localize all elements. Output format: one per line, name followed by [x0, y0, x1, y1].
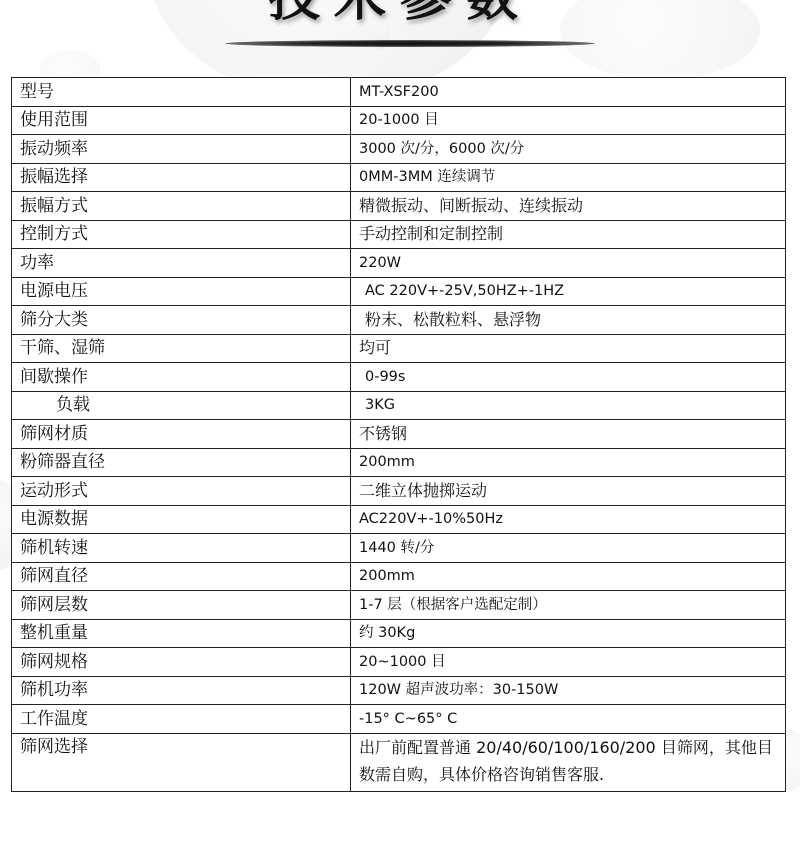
table-row: 振幅选择 0MM-3MM 连续调节: [12, 163, 786, 192]
table-row: 筛机转速 1440 转/分: [12, 534, 786, 563]
spec-value: 不锈钢: [351, 420, 786, 449]
spec-label: 工作温度: [12, 705, 351, 734]
spec-label: 负载: [12, 391, 351, 420]
spec-value: 200mm: [351, 562, 786, 591]
spec-label: 筛网规格: [12, 648, 351, 677]
table-row: 控制方式 手动控制和定制控制: [12, 220, 786, 249]
spec-table: 型号 MT-XSF200 使用范围 20-1000 目 振动频率 3000 次/…: [11, 77, 786, 792]
spec-value: 1440 转/分: [351, 534, 786, 563]
spec-value: 粉末、松散粒料、悬浮物: [351, 306, 786, 335]
spec-label: 振动频率: [12, 135, 351, 164]
table-row: 筛机功率 120W 超声波功率：30-150W: [12, 676, 786, 705]
spec-label: 粉筛器直径: [12, 448, 351, 477]
spec-value: 二维立体抛掷运动: [351, 477, 786, 506]
spec-label: 筛分大类: [12, 306, 351, 335]
spec-label: 使用范围: [12, 106, 351, 135]
spec-label: 筛网选择: [12, 733, 351, 791]
spec-label: 干筛、湿筛: [12, 334, 351, 363]
table-row: 间歇操作 0-99s: [12, 363, 786, 392]
spec-label: 功率: [12, 249, 351, 278]
spec-value: 0-99s: [351, 363, 786, 392]
table-row: 筛网规格 20~1000 目: [12, 648, 786, 677]
spec-value: 0MM-3MM 连续调节: [351, 163, 786, 192]
table-row: 筛分大类 粉末、松散粒料、悬浮物: [12, 306, 786, 335]
spec-value: MT-XSF200: [351, 78, 786, 107]
spec-value: -15° C~65° C: [351, 705, 786, 734]
table-row: 筛网材质 不锈钢: [12, 420, 786, 449]
spec-value: 约 30Kg: [351, 619, 786, 648]
spec-value: 出厂前配置普通 20/40/60/100/160/200 目筛网，其他目数需自购…: [351, 733, 786, 791]
spec-value: 3000 次/分，6000 次/分: [351, 135, 786, 164]
spec-label: 筛网层数: [12, 591, 351, 620]
table-row: 使用范围 20-1000 目: [12, 106, 786, 135]
spec-label: 振幅方式: [12, 192, 351, 221]
spec-label: 筛网直径: [12, 562, 351, 591]
table-row: 筛网直径 200mm: [12, 562, 786, 591]
spec-label: 型号: [12, 78, 351, 107]
spec-value: 3KG: [351, 391, 786, 420]
table-row: 振动频率 3000 次/分，6000 次/分: [12, 135, 786, 164]
spec-value: AC220V+-10%50Hz: [351, 505, 786, 534]
spec-value: 220W: [351, 249, 786, 278]
spec-value: 20~1000 目: [351, 648, 786, 677]
spec-label: 运动形式: [12, 477, 351, 506]
table-row: 筛网选择 出厂前配置普通 20/40/60/100/160/200 目筛网，其他…: [12, 733, 786, 791]
spec-value: AC 220V+-25V,50HZ+-1HZ: [351, 277, 786, 306]
spec-label: 筛机功率: [12, 676, 351, 705]
table-row: 功率 220W: [12, 249, 786, 278]
table-row: 运动形式 二维立体抛掷运动: [12, 477, 786, 506]
table-row: 粉筛器直径 200mm: [12, 448, 786, 477]
table-row: 负载 3KG: [12, 391, 786, 420]
spec-value: 20-1000 目: [351, 106, 786, 135]
spec-value: 手动控制和定制控制: [351, 220, 786, 249]
table-row: 整机重量 约 30Kg: [12, 619, 786, 648]
spec-label: 电源电压: [12, 277, 351, 306]
spec-label: 筛网材质: [12, 420, 351, 449]
table-row: 振幅方式 精微振动、间断振动、连续振动: [12, 192, 786, 221]
table-row: 干筛、湿筛 均可: [12, 334, 786, 363]
table-row: 工作温度 -15° C~65° C: [12, 705, 786, 734]
spec-label: 筛机转速: [12, 534, 351, 563]
spec-label: 振幅选择: [12, 163, 351, 192]
spec-label: 控制方式: [12, 220, 351, 249]
spec-value: 200mm: [351, 448, 786, 477]
title-underline: [225, 40, 595, 47]
spec-value: 1-7 层（根据客户选配定制）: [351, 591, 786, 620]
table-row: 电源电压 AC 220V+-25V,50HZ+-1HZ: [12, 277, 786, 306]
table-row: 筛网层数 1-7 层（根据客户选配定制）: [12, 591, 786, 620]
spec-label: 电源数据: [12, 505, 351, 534]
spec-value: 均可: [351, 334, 786, 363]
table-row: 型号 MT-XSF200: [12, 78, 786, 107]
table-row: 电源数据 AC220V+-10%50Hz: [12, 505, 786, 534]
spec-value: 精微振动、间断振动、连续振动: [351, 192, 786, 221]
spec-label: 整机重量: [12, 619, 351, 648]
page-title: 技术参数: [0, 0, 800, 28]
spec-label: 间歇操作: [12, 363, 351, 392]
spec-value: 120W 超声波功率：30-150W: [351, 676, 786, 705]
